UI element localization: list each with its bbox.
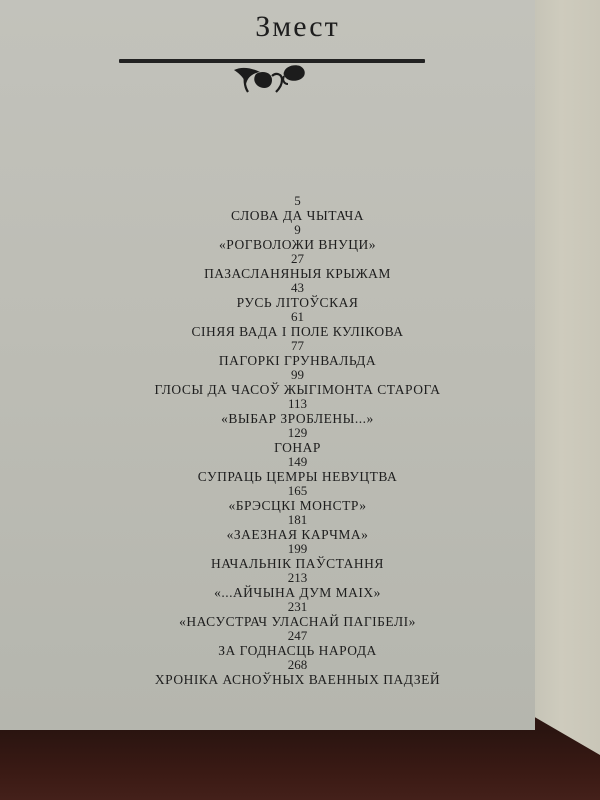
toc-page-number: 213 [60,571,535,585]
toc-title: «ЗАЕЗНАЯ КАРЧМА» [60,527,535,542]
toc-page-number: 268 [60,658,535,672]
toc-title: СУПРАЦЬ ЦЕМРЫ НЕВУЦТВА [60,469,535,484]
toc-page-number: 247 [60,629,535,643]
toc-page-number: 165 [60,484,535,498]
wooden-table-surface [0,730,600,800]
toc-page-number: 61 [60,310,535,324]
toc-entry[interactable]: 165«БРЭСЦКІ МОНСТР» [60,484,535,513]
toc-page-number: 181 [60,513,535,527]
toc-page-number: 43 [60,281,535,295]
toc-title: «ВЫБАР ЗРОБЛЕНЫ...» [60,411,535,426]
toc-entry[interactable]: 99ГЛОСЫ ДА ЧАСОЎ ЖЫГІМОНТА СТАРОГА [60,368,535,397]
toc-entry[interactable]: 247ЗА ГОДНАСЦЬ НАРОДА [60,629,535,658]
toc-title: СЛОВА ДА ЧЫТАЧА [60,208,535,223]
book-page-edge [535,0,600,755]
toc-page-number: 149 [60,455,535,469]
toc-title: НАЧАЛЬНІК ПАЎСТАННЯ [60,556,535,571]
toc-entry[interactable]: 149СУПРАЦЬ ЦЕМРЫ НЕВУЦТВА [60,455,535,484]
toc-title: ГОНАР [60,440,535,455]
toc-page-number: 231 [60,600,535,614]
toc-title: ПАГОРКІ ГРУНВАЛЬДА [60,353,535,368]
toc-page-number: 129 [60,426,535,440]
toc-page-number: 77 [60,339,535,353]
toc-title: «БРЭСЦКІ МОНСТР» [60,498,535,513]
toc-entry[interactable]: 129ГОНАР [60,426,535,455]
toc-title: ПАЗАСЛАНЯНЫЯ КРЫЖАМ [60,266,535,281]
toc-title: «...АЙЧЫНА ДУМ МАІХ» [60,585,535,600]
toc-title: ЗА ГОДНАСЦЬ НАРОДА [60,643,535,658]
toc-entry[interactable]: 213«...АЙЧЫНА ДУМ МАІХ» [60,571,535,600]
toc-title: ХРОНІКА АСНОЎНЫХ ВАЕННЫХ ПАДЗЕЙ [60,672,535,687]
toc-entry[interactable]: 9«РОГВОЛОЖИ ВНУЦИ» [60,223,535,252]
toc-page-number: 199 [60,542,535,556]
title-divider-rule [119,59,425,63]
toc-entry[interactable]: 268ХРОНІКА АСНОЎНЫХ ВАЕННЫХ ПАДЗЕЙ [60,658,535,687]
toc-page-number: 113 [60,397,535,411]
toc-entry[interactable]: 61СІНЯЯ ВАДА І ПОЛЕ КУЛІКОВА [60,310,535,339]
toc-page-number: 27 [60,252,535,266]
toc-entry[interactable]: 43РУСЬ ЛІТОЎСКАЯ [60,281,535,310]
toc-entry[interactable]: 113«ВЫБАР ЗРОБЛЕНЫ...» [60,397,535,426]
toc-entry[interactable]: 5СЛОВА ДА ЧЫТАЧА [60,194,535,223]
toc-title: РУСЬ ЛІТОЎСКАЯ [60,295,535,310]
toc-entry[interactable]: 199НАЧАЛЬНІК ПАЎСТАННЯ [60,542,535,571]
page-title: Змест [0,10,535,44]
toc-title: «РОГВОЛОЖИ ВНУЦИ» [60,237,535,252]
toc-title: «НАСУСТРАЧ УЛАСНАЙ ПАГІБЕЛІ» [60,614,535,629]
book-page: Змест 5СЛОВА ДА ЧЫТАЧА 9«РОГВОЛОЖИ ВНУЦИ… [0,0,535,730]
toc-entry[interactable]: 27ПАЗАСЛАНЯНЫЯ КРЫЖАМ [60,252,535,281]
table-of-contents: 5СЛОВА ДА ЧЫТАЧА 9«РОГВОЛОЖИ ВНУЦИ» 27ПА… [0,194,535,687]
toc-page-number: 99 [60,368,535,382]
toc-entry[interactable]: 181«ЗАЕЗНАЯ КАРЧМА» [60,513,535,542]
toc-page-number: 5 [60,194,535,208]
toc-entry[interactable]: 231«НАСУСТРАЧ УЛАСНАЙ ПАГІБЕЛІ» [60,600,535,629]
toc-entry[interactable]: 77ПАГОРКІ ГРУНВАЛЬДА [60,339,535,368]
toc-title: СІНЯЯ ВАДА І ПОЛЕ КУЛІКОВА [60,324,535,339]
toc-page-number: 9 [60,223,535,237]
toc-title: ГЛОСЫ ДА ЧАСОЎ ЖЫГІМОНТА СТАРОГА [60,382,535,397]
leaf-ornament-icon [232,64,312,94]
